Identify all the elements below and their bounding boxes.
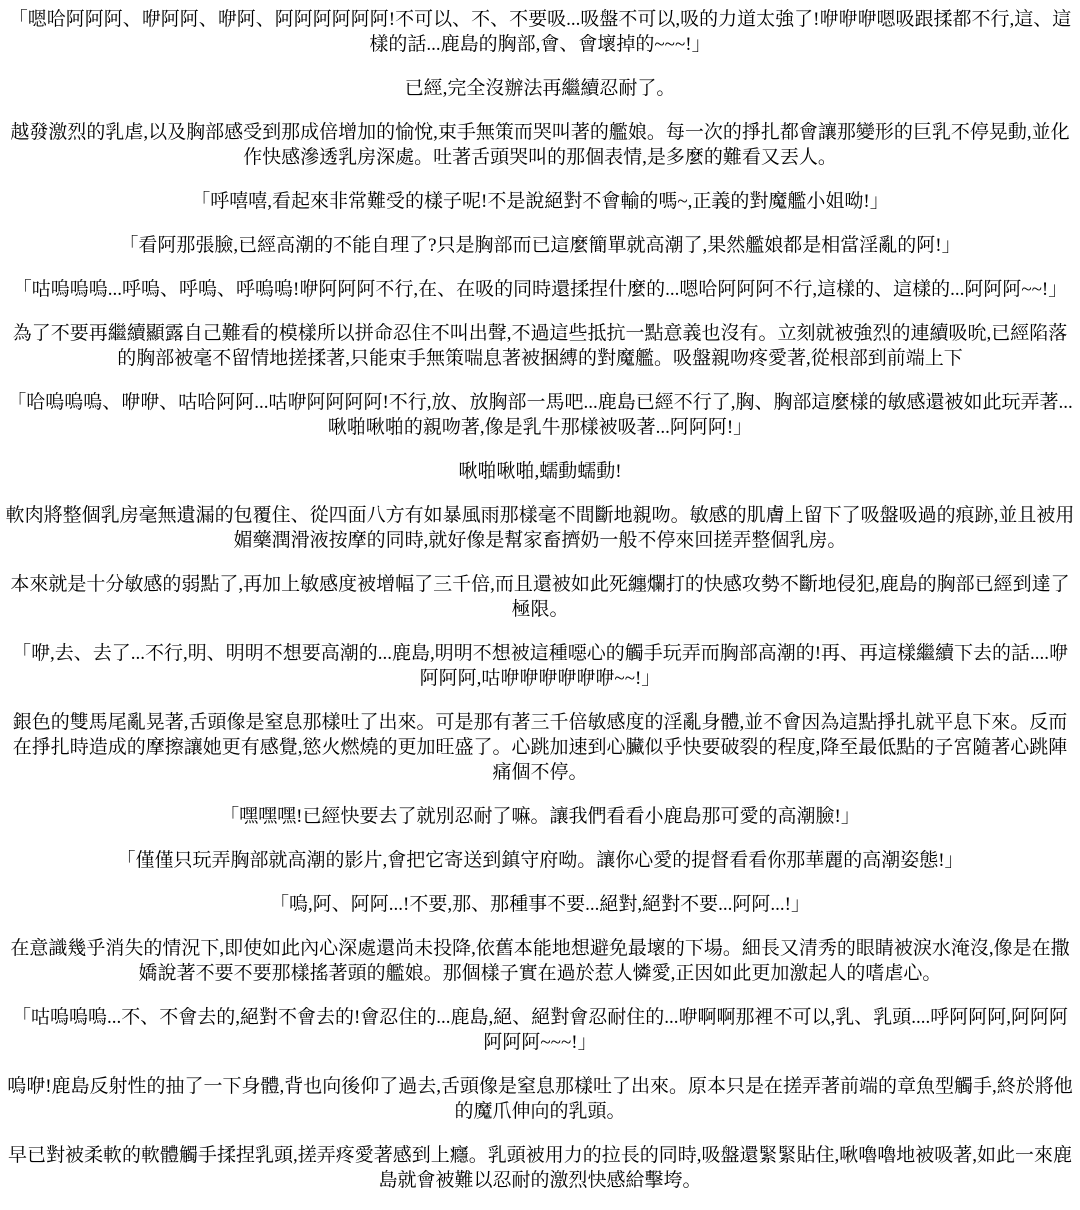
- paragraph-9: 啾啪啾啪,蠕動蠕動!: [4, 459, 1076, 484]
- paragraph-20: 早已對被柔軟的軟體觸手揉捏乳頭,搓弄疼愛著感到上癮。乳頭被用力的拉長的同時,吸盤…: [4, 1143, 1076, 1193]
- paragraph-4: 「呼嘻嘻,看起來非常難受的樣子呢!不是說絕對不會輸的嗎~,正義的對魔艦小姐呦!」: [4, 189, 1076, 214]
- paragraph-12: 「咿,去、去了...不行,明、明明不想要高潮的...鹿島,明明不想被這種噁心的觸…: [4, 641, 1076, 691]
- paragraph-18: 「咕嗚嗚嗚...不、不會去的,絕對不會去的!會忍住的...鹿島,絕、絕對會忍耐住…: [4, 1005, 1076, 1055]
- paragraph-16: 「嗚,阿、阿阿...!不要,那、那種事不要...絕對,絕對不要...阿阿...!…: [4, 892, 1076, 917]
- paragraph-15: 「僅僅只玩弄胸部就高潮的影片,會把它寄送到鎮守府呦。讓你心愛的提督看看你那華麗的…: [4, 848, 1076, 873]
- paragraph-2: 已經,完全沒辦法再繼續忍耐了。: [4, 76, 1076, 101]
- paragraph-6: 「咕嗚嗚嗚...呼嗚、呼嗚、呼嗚嗚!咿阿阿阿不行,在、在吸的同時還揉捏什麼的..…: [4, 277, 1076, 302]
- paragraph-14: 「嘿嘿嘿!已經快要去了就別忍耐了嘛。讓我們看看小鹿島那可愛的高潮臉!」: [4, 804, 1076, 829]
- paragraph-3: 越發激烈的乳虐,以及胸部感受到那成倍增加的愉悅,束手無策而哭叫著的艦娘。每一次的…: [4, 120, 1076, 170]
- novel-text-page: 「嗯哈阿阿阿、咿阿阿、咿阿、阿阿阿阿阿阿!不可以、不、不要吸...吸盤不可以,吸…: [0, 0, 1080, 1210]
- paragraph-19: 嗚咿!鹿島反射性的抽了一下身體,背也向後仰了過去,舌頭像是窒息那樣吐了出來。原本…: [4, 1074, 1076, 1124]
- paragraph-5: 「看阿那張臉,已經高潮的不能自理了?只是胸部而已這麼簡單就高潮了,果然艦娘都是相…: [4, 233, 1076, 258]
- paragraph-17: 在意識幾乎消失的情況下,即使如此內心深處還尚未投降,依舊本能地想避免最壞的下場。…: [4, 936, 1076, 986]
- paragraph-1: 「嗯哈阿阿阿、咿阿阿、咿阿、阿阿阿阿阿阿!不可以、不、不要吸...吸盤不可以,吸…: [4, 7, 1076, 57]
- paragraph-7: 為了不要再繼續顯露自己難看的模樣所以拼命忍住不叫出聲,不過這些抵抗一點意義也沒有…: [4, 321, 1076, 371]
- paragraph-8: 「哈嗚嗚嗚、咿咿、咕哈阿阿...咕咿阿阿阿阿!不行,放、放胸部一馬吧...鹿島已…: [4, 390, 1076, 440]
- paragraph-10: 軟肉將整個乳房毫無遺漏的包覆住、從四面八方有如暴風雨那樣毫不間斷地親吻。敏感的肌…: [4, 503, 1076, 553]
- paragraph-11: 本來就是十分敏感的弱點了,再加上敏感度被增幅了三千倍,而且還被如此死纏爛打的快感…: [4, 572, 1076, 622]
- paragraph-13: 銀色的雙馬尾亂晃著,舌頭像是窒息那樣吐了出來。可是那有著三千倍敏感度的淫亂身體,…: [4, 710, 1076, 785]
